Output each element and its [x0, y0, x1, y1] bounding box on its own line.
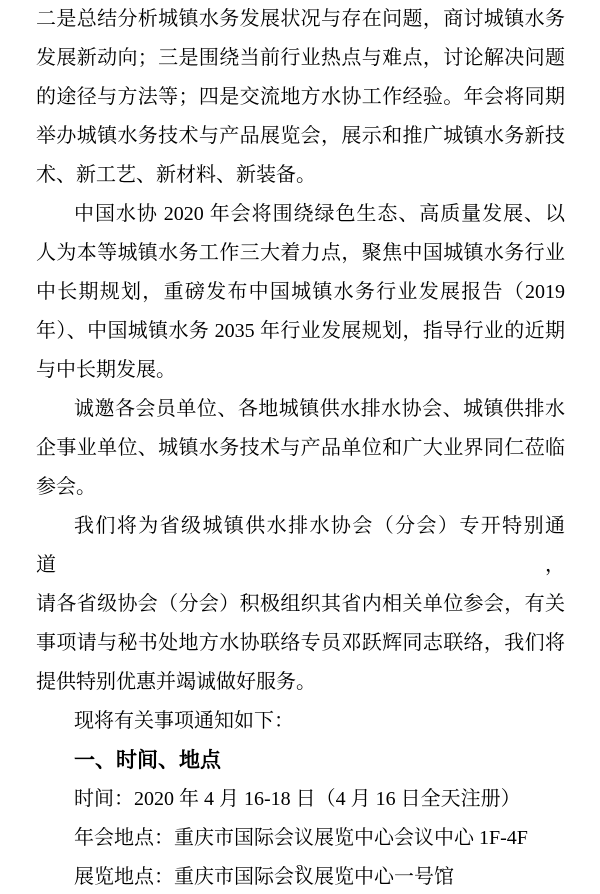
- text-line: 术、新工艺、新材料、新装备。: [36, 156, 565, 195]
- document-page: 二是总结分析城镇水务发展状况与存在问题，商讨城镇水务 发展新动向；三是围绕当前行…: [0, 0, 600, 894]
- text-line: 我们将为省级城镇供水排水协会（分会）专开特别通道，: [36, 507, 565, 585]
- text-line: 发展新动向；三是围绕当前行业热点与难点，讨论解决问题: [36, 39, 565, 78]
- section-heading-time-location: 一、时间、地点: [36, 741, 565, 780]
- text-line: 提供特别优惠并竭诚做好服务。: [36, 663, 565, 702]
- text-line-meeting-location: 年会地点：重庆市国际会议展览中心会议中心 1F-4F: [36, 819, 565, 858]
- text-line: 事项请与秘书处地方水协联络专员邓跃辉同志联络，我们将: [36, 624, 565, 663]
- text-line: 二是总结分析城镇水务发展状况与存在问题，商讨城镇水务: [36, 0, 565, 39]
- text-line: 现将有关事项通知如下：: [36, 702, 565, 741]
- page-number: 2: [0, 861, 600, 881]
- text-line: 参会。: [36, 468, 565, 507]
- text-line: 企事业单位、城镇水务技术与产品单位和广大业界同仁莅临: [36, 429, 565, 468]
- text-line: 中国水协 2020 年会将围绕绿色生态、高质量发展、以: [36, 195, 565, 234]
- text-line-meeting-time: 时间：2020 年 4 月 16-18 日（4 月 16 日全天注册）: [36, 780, 565, 819]
- text-line: 与中长期发展。: [36, 351, 565, 390]
- text-line: 诚邀各会员单位、各地城镇供水排水协会、城镇供排水: [36, 390, 565, 429]
- document-body: 二是总结分析城镇水务发展状况与存在问题，商讨城镇水务 发展新动向；三是围绕当前行…: [36, 0, 565, 894]
- text-line: 的途径与方法等；四是交流地方水协工作经验。年会将同期: [36, 78, 565, 117]
- text-line: 年）、中国城镇水务 2035 年行业发展规划，指导行业的近期: [36, 312, 565, 351]
- text-line: 举办城镇水务技术与产品展览会，展示和推广城镇水务新技: [36, 117, 565, 156]
- text-line: 人为本等城镇水务工作三大着力点，聚焦中国城镇水务行业: [36, 234, 565, 273]
- text-line: 请各省级协会（分会）积极组织其省内相关单位参会，有关: [36, 585, 565, 624]
- text-line: 中长期规划，重磅发布中国城镇水务行业发展报告（2019: [36, 273, 565, 312]
